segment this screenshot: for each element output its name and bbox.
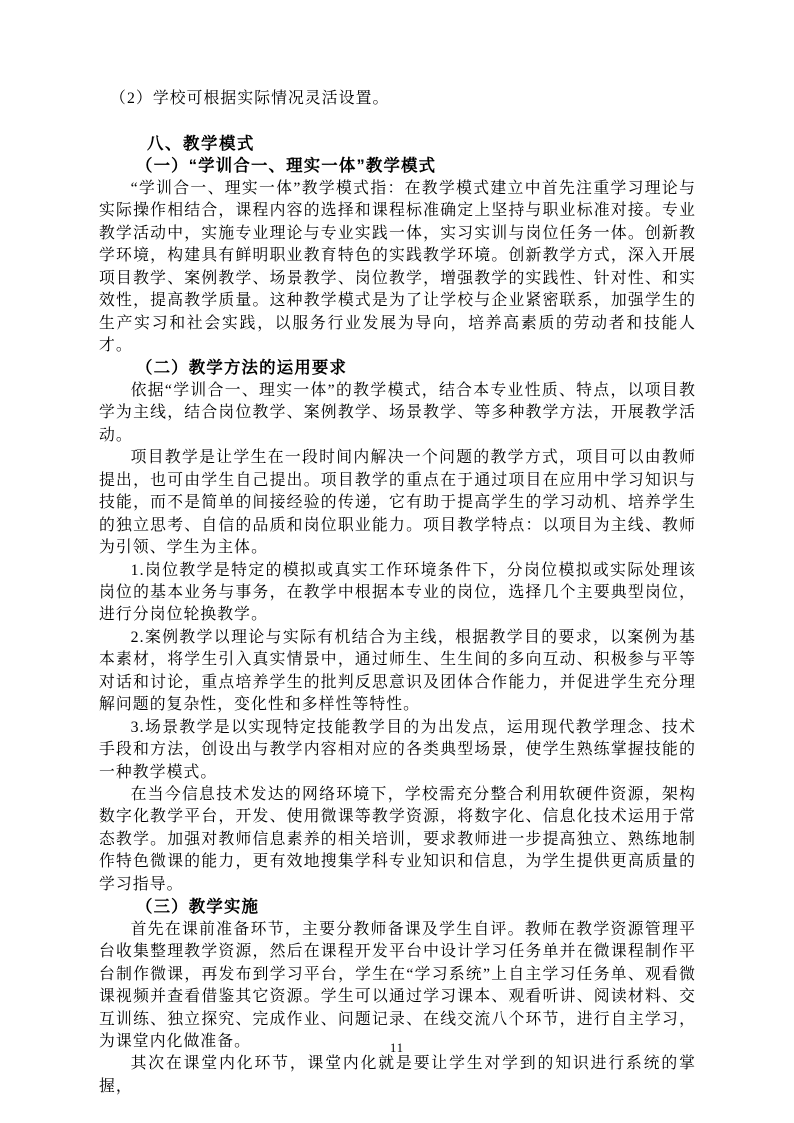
paragraph: 其次在课堂内化环节，课堂内化就是要让学生对学到的知识进行系统的掌握， — [99, 1053, 696, 1098]
paragraph: 在当今信息技术发达的网络环境下，学校需充分整合利用软硬件资源，架构数字化教学平台… — [99, 784, 696, 896]
page-number: 11 — [0, 1041, 794, 1056]
paragraph: 首先在课前准备环节，主要分教师备课及学生自评。教师在教学资源管理平台收集整理教学… — [99, 919, 696, 1054]
paragraph-numbered-2: 2.案例教学以理论与实际有机结合为主线，根据教学目的要求，以案例为基本素材，将学… — [99, 627, 696, 717]
section-heading-teaching-mode: 八、教学模式 — [99, 133, 696, 155]
paragraph-list-item-continuation: （2）学校可根据实际情况灵活设置。 — [99, 88, 696, 110]
subsection-heading-2: （二）教学方法的运用要求 — [99, 357, 696, 379]
paragraph: “学训合一、理实一体”教学模式指：在教学模式建立中首先注重学习理论与实际操作相结… — [99, 178, 696, 358]
document-content: （2）学校可根据实际情况灵活设置。 八、教学模式 （一）“学训合一、理实一体”教… — [99, 88, 696, 1098]
subsection-heading-3: （三）教学实施 — [99, 896, 696, 918]
subsection-heading-1: （一）“学训合一、理实一体”教学模式 — [99, 155, 696, 177]
paragraph: 依据“学训合一、理实一体”的教学模式，结合本专业性质、特点，以项目教学为主线，结… — [99, 380, 696, 447]
document-page: （2）学校可根据实际情况灵活设置。 八、教学模式 （一）“学训合一、理实一体”教… — [0, 0, 794, 1123]
paragraph-numbered-1: 1.岗位教学是特定的模拟或真实工作环境条件下，分岗位模拟或实际处理该岗位的基本业… — [99, 560, 696, 627]
paragraph: 项目教学是让学生在一段时间内解决一个问题的教学方式，项目可以由教师提出，也可由学… — [99, 447, 696, 559]
paragraph-numbered-3: 3.场景教学是以实现特定技能教学目的为出发点，运用现代教学理念、技术手段和方法，… — [99, 717, 696, 784]
